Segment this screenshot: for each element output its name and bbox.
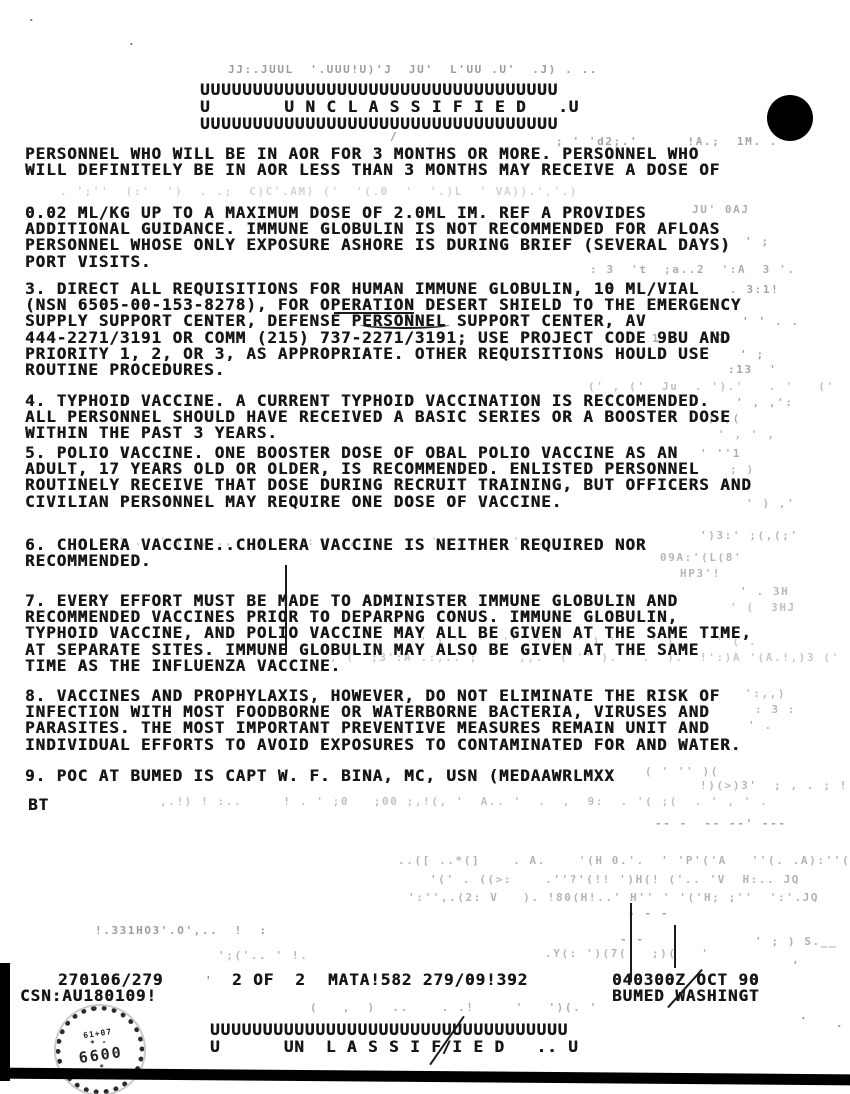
classification-banner-top-row1: UUUUUUUUUUUUUUUUUUUUUUUUUUUUUUUUUU [200, 81, 558, 98]
scan-artifact-text: ' ' . . [742, 316, 800, 328]
scan-artifact-text: ' . [748, 720, 773, 732]
scan-artifact-text: . ';'' (:' ') . .; C)C'.AM) (' '(.0 ' '.… [60, 186, 578, 198]
scan-artifact-text: !.331HO3'.O',.. ! : [95, 925, 268, 937]
scan-line-vertical-2 [630, 903, 632, 981]
stamp-seal: 61+07 * - 6600 * [50, 1000, 149, 1094]
scan-artifact-text: 09A:'(L(8' [660, 552, 742, 564]
hole-punch-dot [767, 95, 813, 141]
footer-originator: BUMED WASHINGT [612, 988, 759, 1004]
scan-artifact-text: . [800, 1010, 808, 1022]
scan-artifact-text: HP3'! [680, 568, 721, 580]
scan-artifact-text: '(' . ((>: .''?'(!! ')H(! ('.. 'V H:.. J… [430, 874, 800, 886]
paragraph-9: 9. POC AT BUMED IS CAPT W. F. BINA, MC, … [25, 768, 615, 784]
paragraph-7: 7. EVERY EFFORT MUST BE MADE TO ADMINIST… [25, 593, 752, 674]
scan-line-vertical-1 [285, 565, 287, 653]
underline-mark [334, 312, 414, 314]
scan-artifact-text: ':,,) [745, 688, 786, 700]
classification-banner-top-label: U U N C L A S S I F I E D .U [200, 98, 579, 115]
scan-artifact-text: ')3:' ;(,(;' [700, 530, 799, 542]
scan-artifact-text: ';('.. ' !. [218, 950, 308, 962]
paragraph-8: 8. VACCINES AND PROPHYLAXIS, HOWEVER, DO… [25, 688, 741, 753]
scan-artifact-text: ..([ ..*(] . A. '(H 0.'. ' 'P'('A ''(. .… [398, 855, 850, 867]
scan-artifact-text: ' [205, 975, 213, 987]
scan-artifact-text: ' ; [740, 349, 765, 361]
scan-artifact-text: . [28, 12, 36, 24]
scan-artifact-text: .Y(: ')(7( ;)( ' [545, 948, 709, 960]
classification-banner-bottom-row1: UUUUUUUUUUUUUUUUUUUUUUUUUUUUUUUUUU [210, 1021, 568, 1038]
paragraph-1: PERSONNEL WHO WILL BE IN AOR FOR 3 MONTH… [25, 146, 720, 178]
scan-artifact-text: -- - -- --' --- [655, 818, 787, 830]
scan-artifact-text: ( , ) .. . .! ' ')(. ' [310, 1002, 598, 1014]
scan-artifact-text: ' ; [745, 236, 770, 248]
scanned-message-document: ..JJ:.JUUL '.UUU!U)'J JU' L'UU .U' .J) .… [0, 0, 850, 1094]
scan-artifact-text: ':'',.(2: V ). !80(H!..' H'' ' '('H; ;''… [408, 892, 819, 904]
scan-artifact-text: ' [792, 960, 800, 972]
end-of-text-marker: BT [28, 797, 49, 813]
scan-artifact-text: !)(>)3' ; , . ; ! [700, 780, 848, 792]
scan-artifact-text: . [836, 1018, 844, 1030]
scan-artifact-text: - - [620, 934, 645, 946]
scan-artifact-text: ' , ,': [736, 397, 794, 409]
scan-artifact-text: : 3 : [755, 704, 796, 716]
scan-artifact-text: ' ; ) S.__ [755, 936, 837, 948]
scan-line-vertical-3 [674, 925, 676, 968]
scan-artifact-text: JJ:.JUUL '.UUU!U)'J JU' L'UU .U' .J) . .… [228, 64, 598, 76]
scan-artifact-text: - - - [628, 908, 669, 920]
scan-artifact-text: ' ) ,' [746, 498, 795, 510]
paragraph-2: 0.02 ML/KG UP TO A MAXIMUM DOSE OF 2.0ML… [25, 205, 731, 270]
paragraph-5: 5. POLIO VACCINE. ONE BOOSTER DOSE OF OB… [25, 445, 752, 510]
scan-artifact-text: ,.!) ! :.. ! . ' ;0 ;00 ;,!(, ' A.. ' . … [160, 796, 768, 808]
paragraph-4: 4. TYPHOID VACCINE. A CURRENT TYPHOID VA… [25, 393, 731, 442]
footer-page-info: 2 OF 2 [232, 972, 306, 988]
footer-csn: CSN:AU180109! [20, 988, 157, 1004]
scan-artifact-text: ( ' '' )( [645, 766, 719, 778]
wavy-underline-mark [360, 320, 450, 329]
classification-banner-top-row3: UUUUUUUUUUUUUUUUUUUUUUUUUUUUUUUUUU [200, 115, 558, 132]
paragraph-6: 6. CHOLERA VACCINE..CHOLERA VACCINE IS N… [25, 537, 646, 569]
classification-banner-bottom-label: U UN L A S S I F/I E D .. U [210, 1038, 579, 1055]
scan-edge-left-bar [0, 963, 10, 1081]
footer-mata-code: MATA!582 279/09!392 [328, 972, 528, 988]
scan-artifact-text: . [128, 36, 136, 48]
paragraph-3: 3. DIRECT ALL REQUISITIONS FOR HUMAN IMM… [25, 281, 741, 378]
